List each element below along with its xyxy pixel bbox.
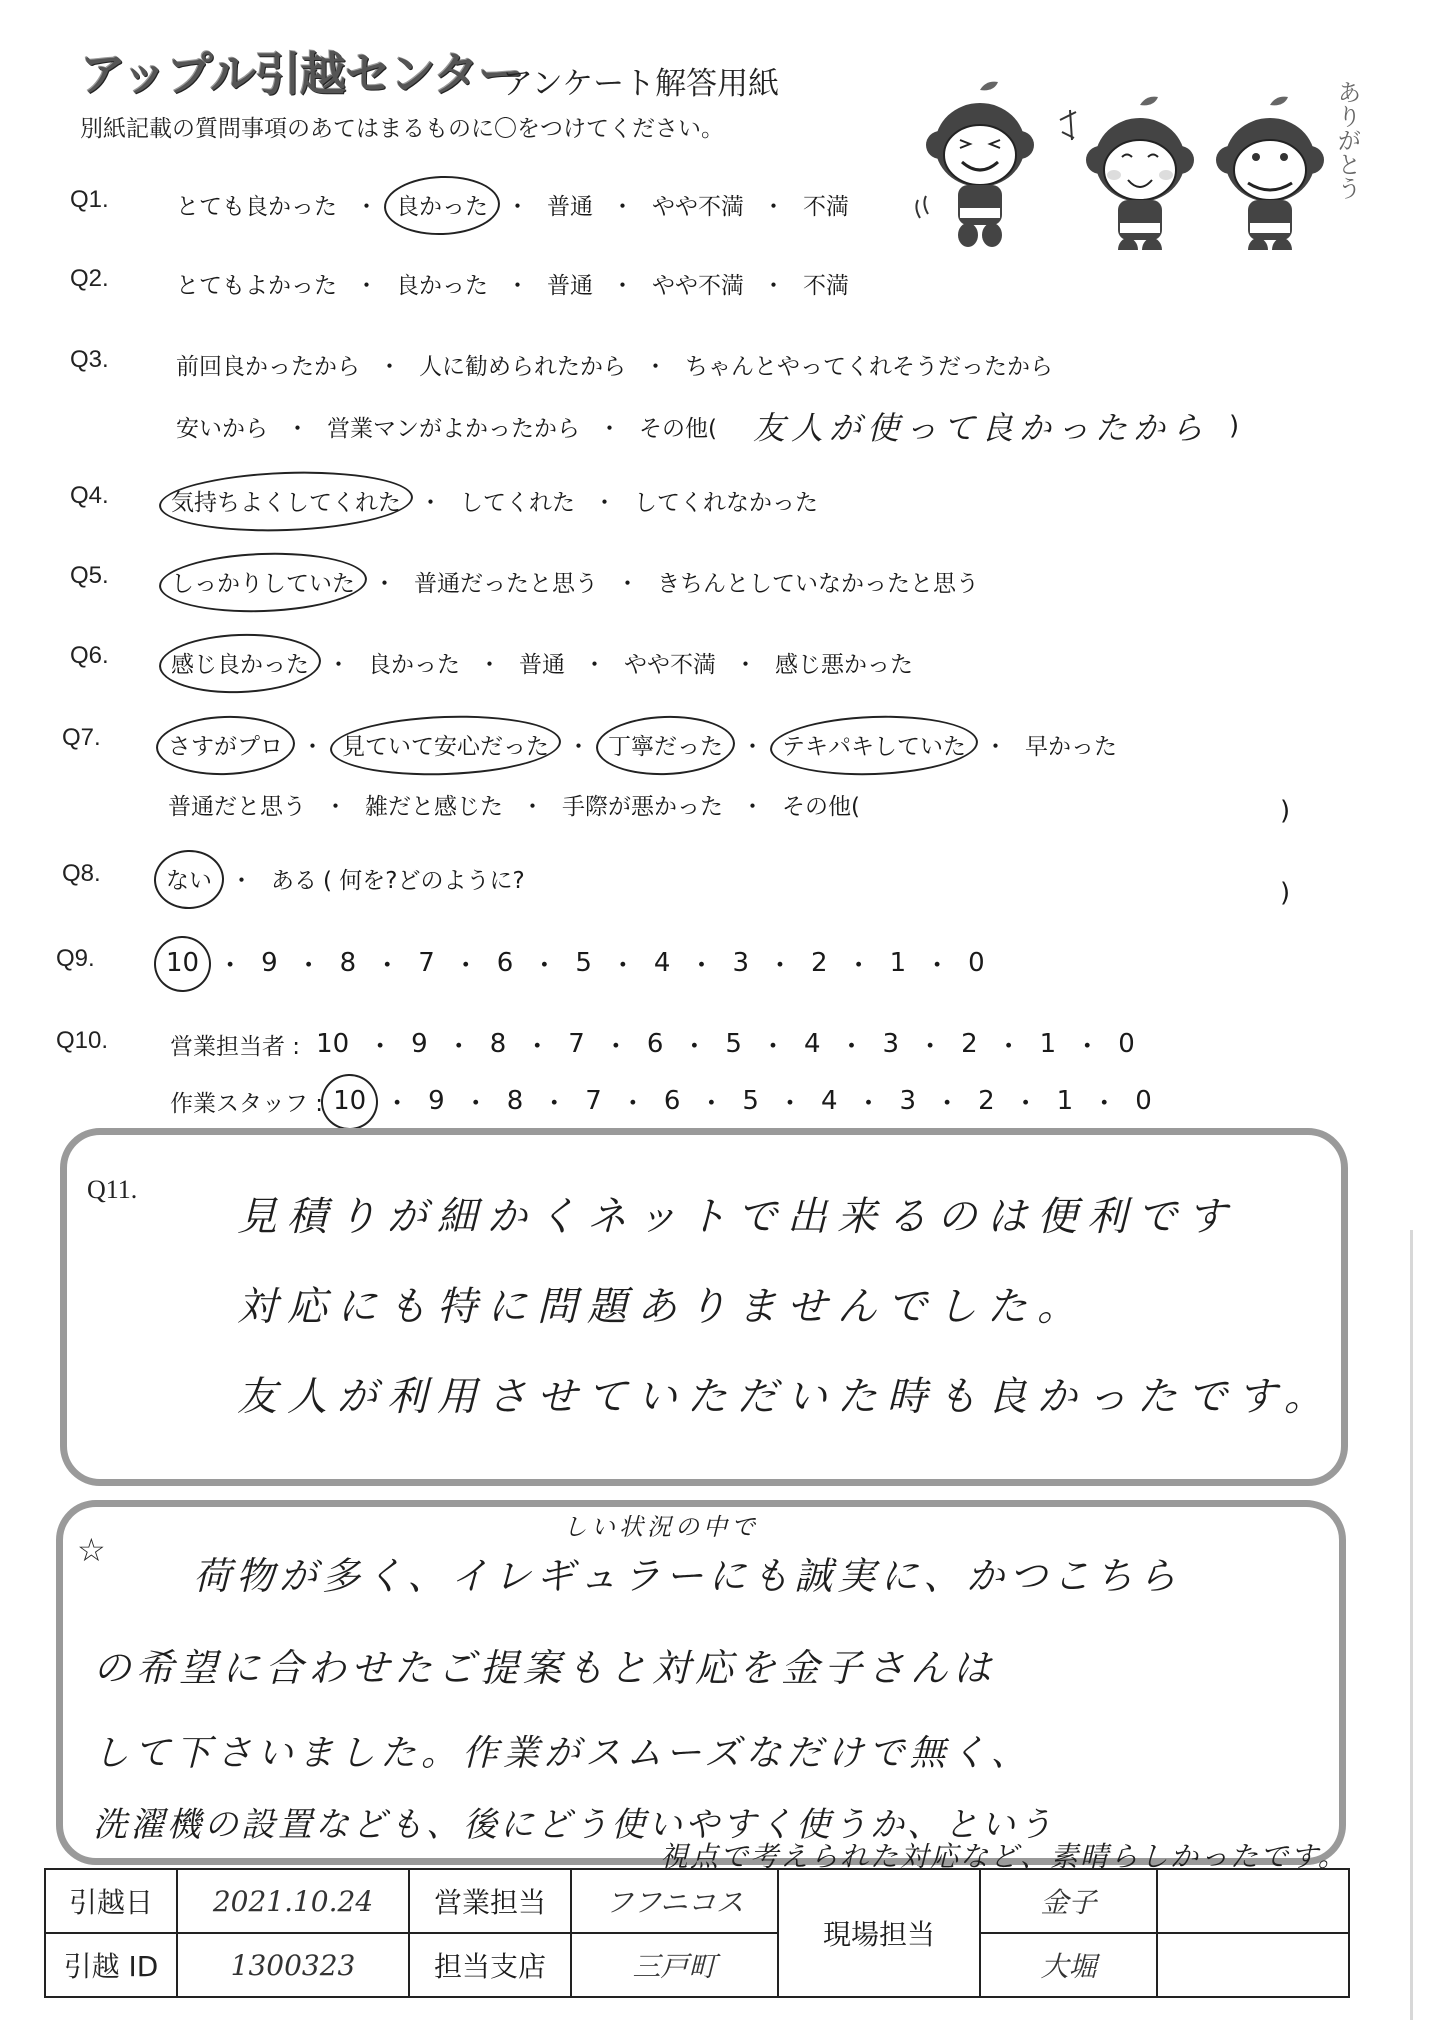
q9-label: Q9. [56, 945, 95, 973]
q3-options-line2: 安いから・ 営業マンがよかったから・ その他( 友人が使って良かったから ) [170, 403, 1239, 449]
form-title: アンケート解答用紙 [502, 58, 779, 103]
company-name: アップル引越センター [80, 38, 523, 104]
site-rep-blank[interactable] [1157, 1869, 1349, 1933]
q11-label: Q11. [87, 1175, 137, 1205]
q4-option[interactable]: してくれなかった [628, 480, 824, 521]
q4-option-selected[interactable]: 気持ちよくしてくれた [165, 480, 407, 521]
q8-options: ない・ ある ( 何を?どのように? [160, 858, 525, 899]
q9-score[interactable]: 0 [962, 944, 991, 982]
q10-label: Q10. [56, 1027, 108, 1055]
q10-sales-score[interactable]: 3 [877, 1025, 906, 1063]
q2-options: とてもよかった・ 良かった・ 普通・ やや不満・ 不満 [170, 263, 855, 304]
branch-value[interactable]: 三戸町 [571, 1933, 778, 1997]
q5-options: しっかりしていた・ 普通だったと思う・ きちんとしていなかったと思う [165, 561, 985, 602]
q1-options: とても良かった・ 良かった・ 普通・ やや不満・ 不満 [170, 184, 855, 225]
close-paren: ) [1229, 411, 1239, 441]
q11-line: 見積りが細かくネットで出来るのは便利です [237, 1185, 1237, 1242]
q10-staff-score[interactable]: 2 [972, 1082, 1001, 1120]
site-rep-label: 現場担当 [778, 1869, 980, 1997]
q2-option[interactable]: とてもよかった [170, 263, 343, 304]
q9-score[interactable]: 7 [412, 944, 441, 982]
q9-score[interactable]: 1 [884, 944, 913, 982]
q9-score[interactable]: 5 [569, 944, 598, 982]
q9-score[interactable]: 8 [334, 944, 363, 982]
site-rep-signature[interactable]: 金子 [980, 1869, 1157, 1933]
q10-staff-score[interactable]: 4 [815, 1082, 844, 1120]
q7-option-selected[interactable]: さすがプロ [162, 724, 289, 765]
q7-option[interactable]: 普通だと思う [162, 784, 312, 825]
q7-option-other[interactable]: その他( [776, 784, 866, 825]
q9-score[interactable]: 9 [255, 944, 284, 982]
q10-staff-score[interactable]: 6 [658, 1082, 687, 1120]
move-id-value[interactable]: 1300323 [177, 1933, 409, 1997]
star-icon: ☆ [77, 1531, 106, 1569]
q3-label: Q3. [70, 346, 109, 374]
q8-close-paren: ) [1280, 878, 1290, 908]
q7-option-selected[interactable]: 見ていて安心だった [336, 724, 555, 765]
q2-option[interactable]: やや不満 [646, 263, 750, 304]
q10-staff-score[interactable]: 9 [422, 1082, 451, 1120]
q7-options-line1: さすがプロ・ 見ていて安心だった・ 丁寧だった・ テキパキしていた・ 早かった [162, 724, 1123, 765]
q1-option[interactable]: 不満 [797, 184, 855, 225]
q3-option[interactable]: 営業マンがよかったから [321, 406, 586, 447]
q10-sales-score[interactable]: 0 [1112, 1025, 1141, 1063]
q8-option[interactable]: ある [265, 858, 323, 899]
q6-option[interactable]: 感じ悪かった [769, 642, 919, 683]
free-comment-box[interactable]: ☆ しい状況の中で 荷物が多く、イレギュラーにも誠実に、かつこちら の希望に合わ… [56, 1500, 1346, 1865]
q10-staff-score-selected[interactable]: 10 [327, 1082, 372, 1120]
q8-label: Q8. [62, 860, 101, 888]
sales-rep-value[interactable]: フフニコス [571, 1869, 778, 1933]
q2-label: Q2. [70, 265, 109, 293]
q9-score[interactable]: 3 [726, 944, 755, 982]
q10-staff-score[interactable]: 1 [1051, 1082, 1080, 1120]
instruction-text: 別紙記載の質問事項のあてはまるものに〇をつけてください。 [80, 110, 724, 143]
monkey-mascot-happy-icon [1086, 97, 1194, 250]
q11-comment-box[interactable]: Q11. 見積りが細かくネットで出来るのは便利です 対応にも特に問題ありませんで… [60, 1128, 1348, 1486]
q10-sales-label: 営業担当者 : [170, 1028, 300, 1061]
q10-sales-score[interactable]: 8 [484, 1025, 513, 1063]
q7-options-line2: 普通だと思う・ 雑だと感じた・ 手際が悪かった・ その他( [162, 784, 866, 825]
q10-staff-score[interactable]: 7 [579, 1082, 608, 1120]
q9-score[interactable]: 4 [648, 944, 677, 982]
q3-option[interactable]: ちゃんとやってくれそうだったから [679, 344, 1059, 385]
comment-line: の希望に合わせたご提案もと対応を金子さんは [93, 1637, 996, 1692]
q7-label: Q7. [62, 724, 101, 752]
q2-option[interactable]: 不満 [797, 263, 855, 304]
sales-rep-label: 営業担当 [409, 1869, 571, 1933]
q10-sales-score[interactable]: 6 [641, 1025, 670, 1063]
q7-option[interactable]: 手際が悪かった [556, 784, 729, 825]
q1-option-selected[interactable]: 良かった [390, 184, 494, 225]
q3-option[interactable]: 人に勧められたから [413, 344, 632, 385]
q7-option[interactable]: 早かった [1019, 724, 1123, 765]
mascot-caption: ありがとう [1330, 80, 1365, 200]
q10-staff-score[interactable]: 8 [501, 1082, 530, 1120]
site-rep-blank[interactable] [1157, 1933, 1349, 1997]
q1-option[interactable]: 普通 [541, 184, 599, 225]
q10-sales-score[interactable]: 2 [955, 1025, 984, 1063]
q11-line: 友人が利用させていただいた時も良かったです。 [237, 1365, 1334, 1422]
q10-sales-score[interactable]: 9 [405, 1025, 434, 1063]
q2-option[interactable]: 良かった [390, 263, 494, 304]
mascot-illustration [900, 60, 1360, 250]
q10-sales-scale: 営業担当者 : 10・ 9・ 8・ 7・ 6・ 5・ 4・ 3・ 2・ 1・ 0 [170, 1025, 1141, 1063]
comment-insert: しい状況の中で [563, 1507, 759, 1542]
q1-label: Q1. [70, 186, 109, 214]
move-date-label: 引越日 [45, 1869, 177, 1933]
q10-staff-label: 作業スタッフ : [170, 1085, 323, 1118]
q6-option[interactable]: やや不満 [618, 642, 722, 683]
monkey-mascot-smiling-icon [1216, 97, 1324, 250]
q8-option-selected[interactable]: ない [160, 858, 218, 899]
q7-option-selected[interactable]: テキパキしていた [776, 724, 972, 765]
q1-option[interactable]: とても良かった [170, 184, 343, 225]
q7-option-selected[interactable]: 丁寧だった [602, 724, 729, 765]
q5-label: Q5. [70, 562, 109, 590]
site-rep-signature[interactable]: 大堀 [980, 1933, 1157, 1997]
q4-option[interactable]: してくれた [454, 480, 581, 521]
q3-other-answer[interactable]: 友人が使って良かったから [753, 403, 1209, 449]
q11-line: 対応にも特に問題ありませんでした。 [237, 1275, 1087, 1332]
q10-staff-score[interactable]: 5 [736, 1082, 765, 1120]
q1-option[interactable]: やや不満 [646, 184, 750, 225]
q9-scale: 10・ 9・ 8・ 7・ 6・ 5・ 4・ 3・ 2・ 1・ 0 [160, 944, 991, 982]
q10-sales-score[interactable]: 5 [719, 1025, 748, 1063]
q4-options: 気持ちよくしてくれた・ してくれた・ してくれなかった [165, 480, 824, 521]
q6-label: Q6. [70, 642, 109, 670]
q3-option-other[interactable]: その他( [633, 406, 723, 447]
q6-option[interactable]: 普通 [513, 642, 571, 683]
q5-option[interactable]: きちんとしていなかったと思う [651, 561, 985, 602]
scan-edge-line [1410, 1230, 1413, 2020]
q9-score-selected[interactable]: 10 [160, 944, 205, 982]
q4-label: Q4. [70, 482, 109, 510]
q6-option-selected[interactable]: 感じ良かった [165, 642, 315, 683]
q2-option[interactable]: 普通 [541, 263, 599, 304]
q9-score[interactable]: 2 [805, 944, 834, 982]
q10-staff-score[interactable]: 0 [1129, 1082, 1158, 1120]
comment-line: して下さいました。作業がスムーズなだけで無く、 [93, 1725, 1032, 1776]
branch-label: 担当支店 [409, 1933, 571, 1997]
q5-option-selected[interactable]: しっかりしていた [165, 561, 361, 602]
q10-sales-score[interactable]: 4 [798, 1025, 827, 1063]
monkey-mascot-laughing-icon [916, 82, 1034, 247]
q8-detail-prompt: ( 何を?どのように? [323, 862, 525, 895]
move-date-value[interactable]: 2021.10.24 [177, 1869, 409, 1933]
q9-score[interactable]: 6 [491, 944, 520, 982]
q10-sales-score[interactable]: 10 [310, 1025, 355, 1063]
q3-option[interactable]: 前回良かったから [170, 344, 366, 385]
q10-staff-score[interactable]: 3 [894, 1082, 923, 1120]
q6-option[interactable]: 良かった [362, 642, 466, 683]
q6-options: 感じ良かった・ 良かった・ 普通・ やや不満・ 感じ悪かった [165, 642, 919, 683]
move-id-label: 引越 ID [45, 1933, 177, 1997]
comment-line: 荷物が多く、イレギュラーにも誠実に、かつこちら [193, 1545, 1181, 1600]
q7-close-paren: ) [1280, 796, 1290, 826]
q7-option[interactable]: 雑だと感じた [359, 784, 509, 825]
q10-sales-score[interactable]: 1 [1034, 1025, 1063, 1063]
q10-sales-score[interactable]: 7 [562, 1025, 591, 1063]
q3-option[interactable]: 安いから [170, 406, 274, 447]
q3-options-line1: 前回良かったから・ 人に勧められたから・ ちゃんとやってくれそうだったから [170, 344, 1059, 385]
move-info-table: 引越日 2021.10.24 営業担当 フフニコス 現場担当 金子 引越 ID … [44, 1868, 1350, 1998]
q10-staff-scale: 作業スタッフ : 10・ 9・ 8・ 7・ 6・ 5・ 4・ 3・ 2・ 1・ … [170, 1082, 1158, 1120]
q5-option[interactable]: 普通だったと思う [408, 561, 604, 602]
